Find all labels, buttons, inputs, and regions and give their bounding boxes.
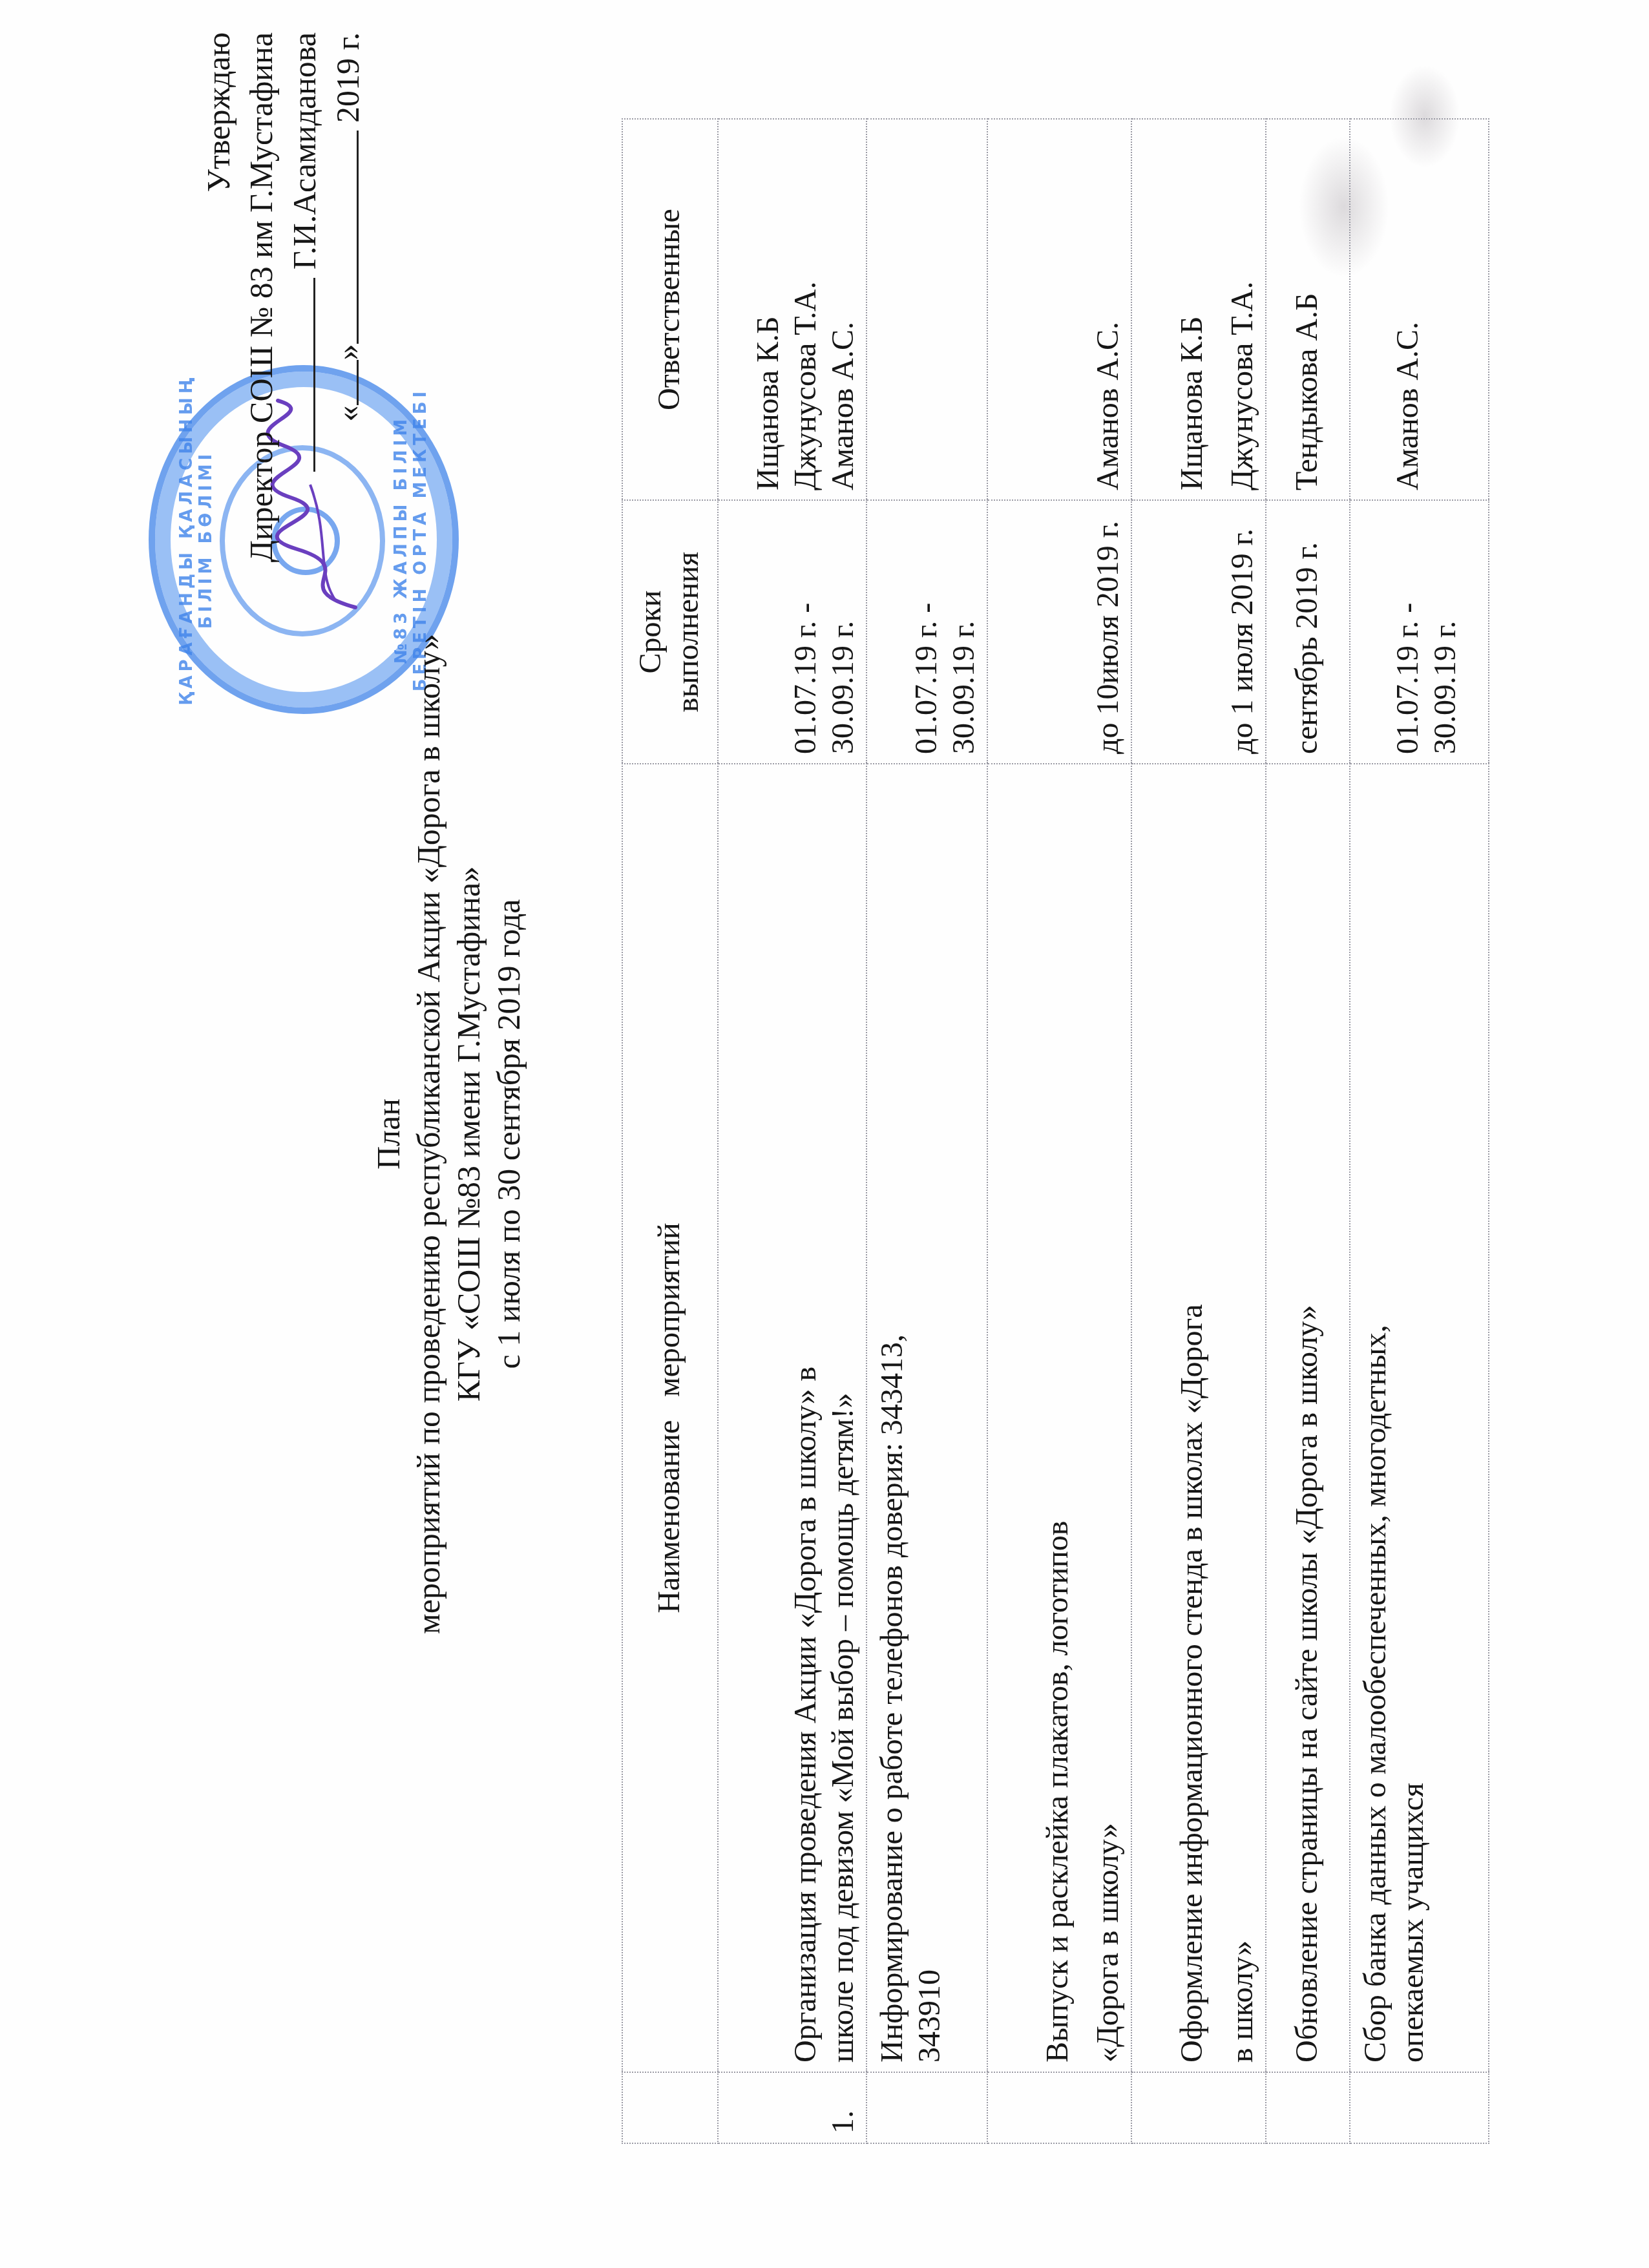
table-row: Обновление страницы на сайте школы «Доро…	[1266, 119, 1350, 2143]
row-name: Обновление страницы на сайте школы «Доро…	[1266, 764, 1350, 2072]
responsible-name: Ищанова К.Б	[1173, 129, 1211, 490]
title-line-4: с 1 июля по 30 сентября 2019 года	[488, 0, 529, 2268]
row-responsible: Ищанова К.Б Джунусова Т.А.	[1131, 119, 1266, 500]
line-gap	[1077, 773, 1089, 2063]
date-open-quote: «	[330, 405, 366, 421]
row-deadline: 01.07.19 г. - 30.09.19 г.	[1350, 500, 1489, 764]
row-num	[987, 2072, 1131, 2143]
table-row: Сбор банка данных о малообеспеченных, мн…	[1350, 119, 1489, 2143]
row-name: Выпуск и расклейка плакатов, логотипов «…	[987, 764, 1131, 2072]
responsible-name: Аманов А.С.	[1089, 129, 1127, 490]
row-responsible: Тендыкова А.Б	[1266, 119, 1350, 500]
line-gap	[1211, 129, 1224, 490]
responsible-name: Аманов А.С.	[824, 129, 862, 490]
row-name-line: Сбор банка данных о малообеспеченных, мн…	[1357, 773, 1394, 2063]
row-num	[1266, 2072, 1350, 2143]
row-name-line: Организация проведения Акции «Дорога в ш…	[787, 773, 824, 2063]
row-num	[1131, 2072, 1266, 2143]
row-name-line: «Дорога в школу»	[1089, 773, 1127, 2063]
approver-name: Г.И.Асамиданова	[286, 32, 322, 269]
month-blank	[326, 131, 359, 344]
header-name: Наименование мероприятий	[622, 764, 718, 2072]
signature-line	[282, 278, 315, 472]
title-line-3: КГУ «СОШ №83 имени Г.Мустафина»	[448, 0, 488, 2268]
row-deadline: сентябрь 2019 г.	[1266, 500, 1350, 764]
approve-label: Утверждаю	[197, 32, 240, 594]
row-deadline: 01.07.19 г. - 30.09.19 г.	[867, 500, 987, 764]
approval-date-line: «» 2019 г.	[326, 32, 369, 594]
row-name-line: опекаемых учащихся	[1394, 773, 1432, 2063]
row-name: Оформление информационного стенда в школ…	[1131, 764, 1266, 2072]
table-header-row: Наименование мероприятий Сроки выполнени…	[622, 119, 718, 2143]
row-num	[867, 2072, 987, 2143]
responsible-name: Джунусова Т.А.	[787, 129, 824, 490]
header-deadline: Сроки выполнения	[622, 500, 718, 764]
row-deadline: до 10июля 2019 г.	[987, 500, 1131, 764]
row-responsible: Ищанова К.Б Джунусова Т.А. Аманов А.С.	[718, 119, 867, 500]
day-blank	[326, 360, 359, 405]
row-name-line: Обновление страницы на сайте школы «Доро…	[1288, 773, 1326, 2063]
document-title: План мероприятий по проведению республик…	[368, 0, 529, 2268]
row-name: Сбор банка данных о малообеспеченных, мн…	[1350, 764, 1489, 2072]
table-row: Оформление информационного стенда в школ…	[1131, 119, 1266, 2143]
line-gap	[1211, 773, 1224, 2063]
row-name-line: 343910	[911, 773, 949, 2063]
row-name-line: Выпуск и расклейка плакатов, логотипов	[1039, 773, 1077, 2063]
table-row: Информирование о работе телефонов довери…	[867, 119, 987, 2143]
row-responsible	[867, 119, 987, 500]
row-num: 1.	[718, 2072, 867, 2143]
row-responsible: Аманов А.С.	[1350, 119, 1489, 500]
row-responsible: Аманов А.С.	[987, 119, 1131, 500]
header-num	[622, 2072, 718, 2143]
row-name-line: Оформление информационного стенда в школ…	[1173, 773, 1211, 2063]
row-name-line: школе под девизом «Мой выбор – помощь де…	[824, 773, 862, 2063]
date-close-quote: »	[330, 344, 366, 360]
row-name-line: Информирование о работе телефонов довери…	[874, 773, 911, 2063]
title-line-1: План	[368, 0, 408, 2268]
row-name: Организация проведения Акции «Дорога в ш…	[718, 764, 867, 2072]
document-page: ҚАРАҒАНДЫ ҚАЛАСЫНЫҢ БІЛІМ БӨЛІМІ №83 ЖАЛ…	[0, 0, 1649, 2268]
director-line: Директор СОШ № 83 им Г.Мустафина	[240, 32, 282, 594]
responsible-name: Джунусова Т.А.	[1224, 129, 1261, 490]
title-line-2: мероприятий по проведению республиканско…	[408, 0, 448, 2268]
responsible-name: Ищанова К.Б	[750, 129, 787, 490]
header-responsible: Ответственные	[622, 119, 718, 500]
row-deadline: 01.07.19 г. - 30.09.19 г.	[718, 500, 867, 764]
row-num	[1350, 2072, 1489, 2143]
approver-name-line: Г.И.Асамиданова	[282, 32, 326, 594]
plan-table: Наименование мероприятий Сроки выполнени…	[622, 118, 1489, 2144]
table-row: Выпуск и расклейка плакатов, логотипов «…	[987, 119, 1131, 2143]
responsible-name: Тендыкова А.Б	[1288, 129, 1326, 490]
approval-block: Утверждаю Директор СОШ № 83 им Г.Мустафи…	[197, 32, 369, 594]
approval-year: 2019 г.	[330, 32, 366, 123]
table-row: 1. Организация проведения Акции «Дорога …	[718, 119, 867, 2143]
row-deadline: до 1 июля 2019 г.	[1131, 500, 1266, 764]
row-name: Информирование о работе телефонов довери…	[867, 764, 987, 2072]
row-name-line: в школу»	[1224, 773, 1261, 2063]
responsible-name: Аманов А.С.	[1389, 129, 1427, 490]
